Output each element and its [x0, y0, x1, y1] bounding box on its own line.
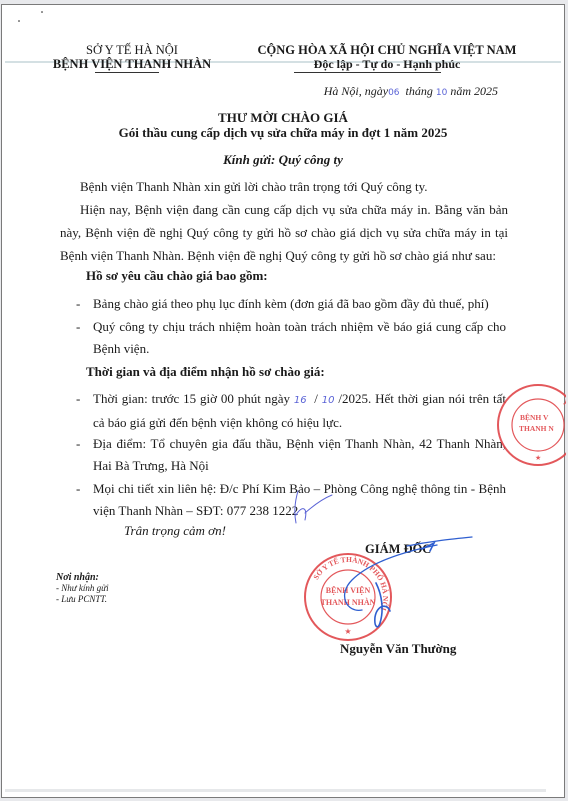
stamps-and-signatures: SỞ Y TẾ THÀNH PHỐ HÀ NỘI BỆNH VIỆN THANH…	[2, 5, 566, 799]
initials-mark-icon	[295, 491, 332, 523]
document-page: SỞ Y TẾ HÀ NỘI BỆNH VIỆN THANH NHÀN CỘNG…	[1, 4, 565, 798]
director-signature-icon	[345, 537, 472, 627]
svg-text:THANH N: THANH N	[519, 424, 554, 433]
svg-text:BỆNH VIỆN: BỆNH VIỆN	[326, 586, 371, 595]
svg-text:BỆNH V: BỆNH V	[520, 413, 549, 422]
svg-text:★: ★	[535, 454, 541, 462]
svg-text:★: ★	[344, 627, 351, 636]
side-stamp-icon: Y TẾ THÀNH BỆNH V THANH N ★	[498, 385, 566, 465]
